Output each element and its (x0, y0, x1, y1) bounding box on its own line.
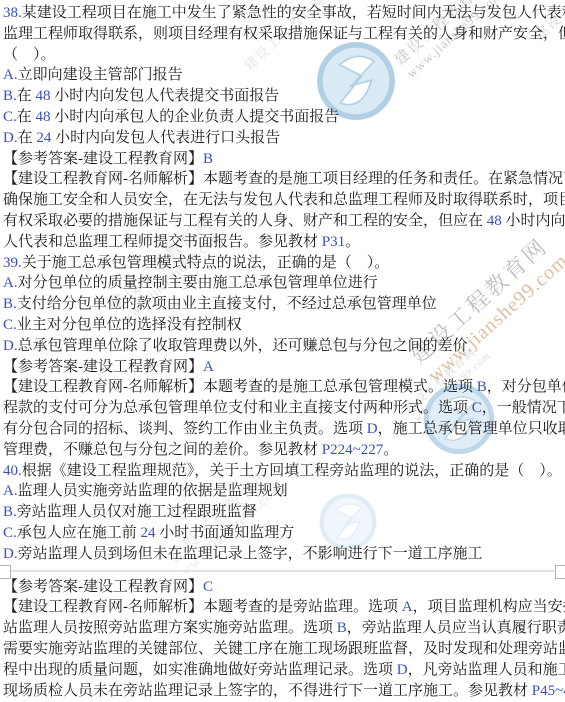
text-line: 【建设工程教育网-名师解析】本题考查的是旁站监理。选项 A，项目监理机构应当安排… (3, 597, 563, 618)
text-line: D.总承包管理单位除了收取管理费以外，还可赚总包与分包之间的差价 (3, 336, 563, 357)
page-break-marker-right (555, 565, 565, 579)
text-line: D.旁站监理人员到场但未在监理记录上签字，不影响进行下一道工序施工 (3, 544, 563, 565)
text-line: D.在 24 小时内向发包人代表进行口头报告 (3, 128, 563, 149)
text-line: 站监理人员按照旁站监理方案实施旁站监理。选项 B，旁站监理人员应当认真履行职责，… (3, 618, 563, 639)
text-line: 程款的支付可分为总承包管理单位支付和业主直接支付两种形式。选项 C，一般情况下，… (3, 398, 563, 419)
text-line: 40.根据《建设工程监理规范》，关于土方回填工程旁站监理的说法，正确的是（ ）。 (3, 461, 563, 482)
text-line: 38.某建设工程项目在施工中发生了紧急性的安全事故，若短时间内无法与发包人代表和… (3, 3, 563, 24)
text-line: B.旁站监理人员仅对施工过程跟班监督 (3, 502, 563, 523)
text-line: 【参考答案-建设工程教育网】B (3, 149, 563, 170)
text-line: 有权采取必要的措施保证与工程有关的人身、财产和工程的安全，但应在 48 小时内向… (3, 211, 563, 232)
document-content: 38.某建设工程项目在施工中发生了紧急性的安全事故，若短时间内无法与发包人代表和… (3, 3, 563, 701)
text-line: C.业主对分包单位的选择没有控制权 (3, 315, 563, 336)
text-line: 人代表和总监理工程师提交书面报告。参见教材 P31。 (3, 232, 563, 253)
page-break-rule (0, 570, 565, 572)
page-break-marker-left (0, 565, 11, 579)
text-line: C.承包人应在施工前 24 小时书面通知监理方 (3, 523, 563, 544)
text-line: 【参考答案-建设工程教育网】A (3, 357, 563, 378)
exam-document: 38.某建设工程项目在施工中发生了紧急性的安全事故，若短时间内无法与发包人代表和… (0, 0, 565, 702)
text-line: B.在 48 小时内向发包人代表提交书面报告 (3, 86, 563, 107)
text-line: 【建设工程教育网-名师解析】本题考查的是施工总承包管理模式。选项 B，对分包单位… (3, 377, 563, 398)
page-break (0, 565, 565, 577)
text-line: 【参考答案-建设工程教育网】C (3, 577, 563, 598)
text-line: 监理工程师取得联系，则项目经理有权采取措施保证与工程有关的人身和财产安全，但应 (3, 24, 563, 45)
text-line: 有分包合同的招标、谈判、签约工作由业主负责。选项 D，施工总承包管理单位只收取总… (3, 419, 563, 440)
text-line: A.监理人员实施旁站监理的依据是监理规划 (3, 481, 563, 502)
text-line: B.支付给分包单位的款项由业主直接支付，不经过总承包管理单位 (3, 294, 563, 315)
text-line: 39.关于施工总承包管理模式特点的说法，正确的是（ ）。 (3, 253, 563, 274)
text-line: A.对分包单位的质量控制主要由施工总承包管理单位进行 (3, 273, 563, 294)
text-line: （ ）。 (3, 45, 563, 66)
text-line: 程中出现的质量问题，如实准确地做好旁站监理记录。选项 D，凡旁站监理人员和施工企… (3, 660, 563, 681)
text-line: A.立即向建设主管部门报告 (3, 65, 563, 86)
text-line: C.在 48 小时内向承包人的企业负责人提交书面报告 (3, 107, 563, 128)
text-line: 【建设工程教育网-名师解析】本题考查的是施工项目经理的任务和责任。在紧急情况下为 (3, 169, 563, 190)
text-line: 现场质检人员未在旁站监理记录上签字的，不得进行下一道工序施工。参见教材 P45~… (3, 681, 563, 702)
text-line: 管理费，不赚总包与分包之间的差价。参见教材 P224~227。 (3, 440, 563, 461)
text-line: 需要实施旁站监理的关键部位、关键工序在施工现场跟班监督，及时发现和处理旁站监理过 (3, 639, 563, 660)
text-line: 确保施工安全和人员安全，在无法与发包人代表和总监理工程师及时取得联系时，项目经理 (3, 190, 563, 211)
